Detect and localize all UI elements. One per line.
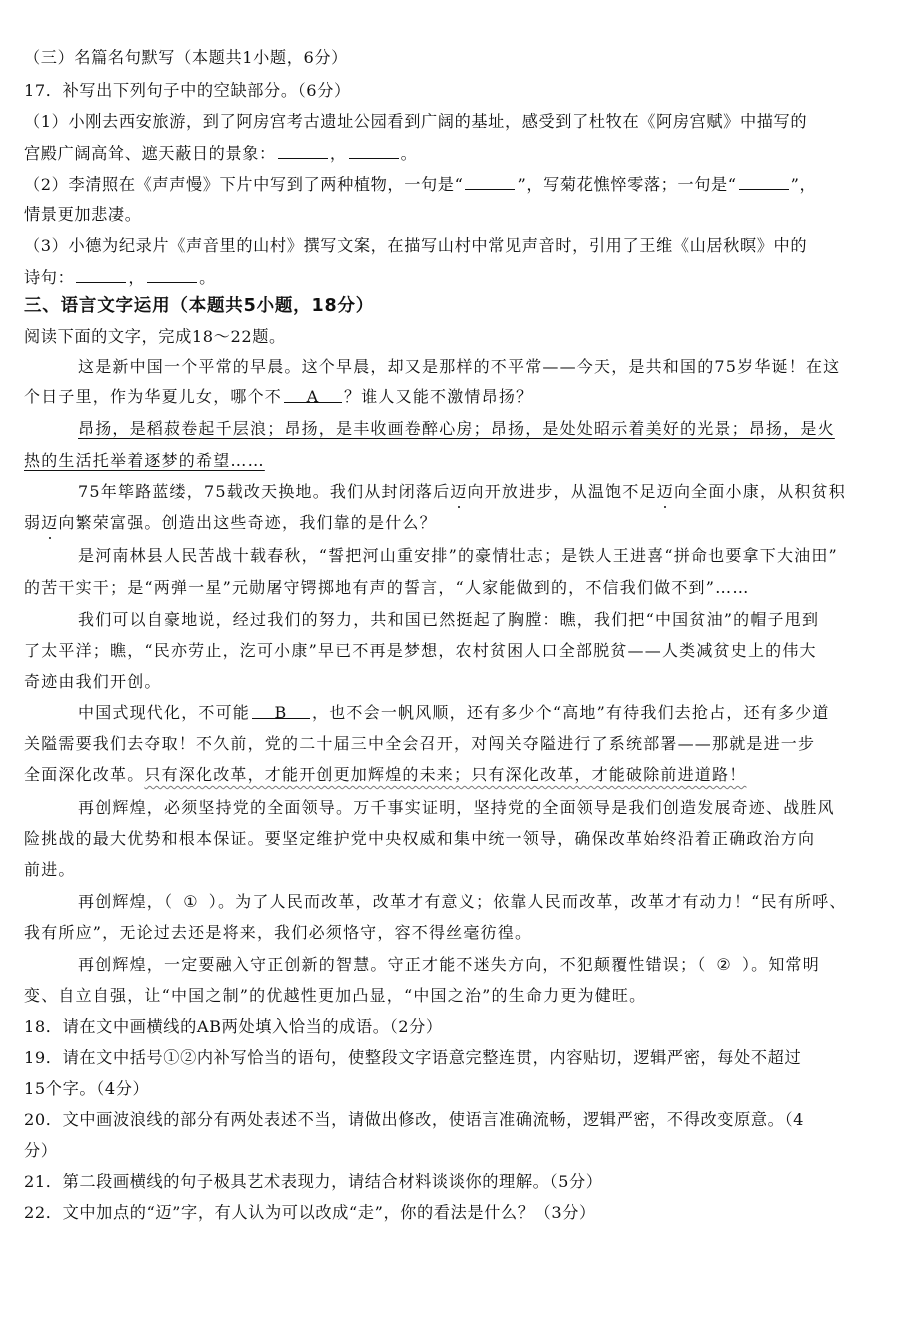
wavy-underlined-sentence: 只有深化改革，才能开创更加辉煌的未来；只有深化改革，才能破除前进道路！ bbox=[144, 765, 746, 784]
blank-circle-2[interactable]: ② bbox=[716, 955, 732, 974]
passage-text: 向开放进步，从温饱不足 bbox=[468, 482, 657, 501]
q17-item2-line1: （2）李清照在《声声慢》下片中写到了两种植物，一句是“”，写菊花憔悴零落；一句是… bbox=[24, 173, 816, 196]
passage-p3-line1: 75年筚路蓝缕，75载改天换地。我们从封闭落后迈向开放进步，从温饱不足迈向全面小… bbox=[78, 481, 846, 503]
passage-p9-line1: 再创辉煌，一定要融入守正创新的智慧。守正才能不迷失方向，不犯颠覆性错误；（②）。… bbox=[78, 954, 820, 976]
passage-text: ）。知常明 bbox=[742, 955, 820, 974]
passage-p4-line1: 是河南林县人民苦战十载春秋，“誓把河山重安排”的豪情壮志；是铁人王进喜“拼命也要… bbox=[78, 545, 838, 567]
answer-blank[interactable] bbox=[278, 142, 328, 159]
q17-item2-text: ”，写菊花憔悴零落；一句是“ bbox=[517, 175, 736, 194]
dotted-char-mai: 迈 bbox=[657, 482, 674, 501]
answer-blank[interactable] bbox=[147, 266, 197, 283]
passage-text: 再创辉煌，一定要融入守正创新的智慧。守正才能不迷失方向，不犯颠覆性错误；（ bbox=[78, 955, 706, 974]
passage-p3-line2: 弱迈向繁荣富强。创造出这些奇迹，我们靠的是什么？ bbox=[24, 512, 437, 534]
question-19-line1: 19．请在文中括号①②内补写恰当的语句，使整段文字语意完整连贯，内容贴切，逻辑严… bbox=[24, 1047, 801, 1069]
q17-item3-line1: （3）小德为纪录片《声音里的山村》撰写文案，在描写山村中常见声音时，引用了王维《… bbox=[24, 235, 807, 257]
passage-p6-line2: 关隘需要我们去夺取！不久前，党的二十届三中全会召开，对闯关夺隘进行了系统部署——… bbox=[24, 733, 815, 755]
q17-item1-line2: 宫殿广阔高耸、遮天蔽日的景象：，。 bbox=[24, 142, 417, 165]
q17-item1-text: 宫殿广阔高耸、遮天蔽日的景象： bbox=[24, 144, 276, 163]
passage-text: 再创辉煌，（ bbox=[78, 892, 173, 911]
passage-text: 向全面小康，从积贫积 bbox=[674, 482, 846, 501]
q17-item3-text: 诗句： bbox=[24, 268, 74, 287]
passage-p9-line2: 变、自立自强，让“中国之制”的优越性更加凸显，“中国之治”的生命力更为健旺。 bbox=[24, 985, 646, 1007]
passage-text: ，也不会一帆风顺，还有多少个“高地”有待我们去抢占，还有多少道 bbox=[312, 703, 830, 722]
answer-blank[interactable] bbox=[465, 173, 515, 190]
passage-text: ？谁人又能不激情昂扬？ bbox=[344, 387, 533, 406]
blank-circle-1[interactable]: ① bbox=[183, 892, 199, 911]
punct: ， bbox=[330, 144, 347, 163]
passage-p8-line2: 我有所应”，无论过去还是将来，我们必须恪守，容不得丝毫彷徨。 bbox=[24, 922, 532, 944]
passage-p7-line2: 险挑战的最大优势和根本保证。要坚定维护党中央权威和集中统一领导，确保改革始终沿着… bbox=[24, 828, 815, 850]
question-22: 22．文中加点的“迈”字，有人认为可以改成“走”，你的看法是什么？（3分） bbox=[24, 1202, 596, 1224]
question-20-line2: 分） bbox=[24, 1140, 58, 1162]
punct: ， bbox=[128, 268, 145, 287]
blank-b[interactable]: B bbox=[252, 702, 310, 719]
passage-p6-line3: 全面深化改革。只有深化改革，才能开创更加辉煌的未来；只有深化改革，才能破除前进道… bbox=[24, 764, 746, 786]
passage-p6-line1: 中国式现代化，不可能B，也不会一帆风顺，还有多少个“高地”有待我们去抢占，还有多… bbox=[78, 702, 830, 724]
underlined-sentence-line1: 昂扬，是稻菽卷起千层浪；昂扬，是丰收画卷醉心房；昂扬，是处处昭示着美好的光景；昂… bbox=[78, 418, 835, 440]
answer-blank[interactable] bbox=[739, 173, 789, 190]
q17-item3-line2: 诗句：，。 bbox=[24, 266, 216, 289]
question-17-title: 17．补写出下列句子中的空缺部分。（6分） bbox=[24, 80, 351, 102]
answer-blank[interactable] bbox=[349, 142, 399, 159]
passage-p4-line2: 的苦干实干；是“两弹一星”元勋屠守锷掷地有声的誓言，“人家能做到的，不信我们做不… bbox=[24, 577, 750, 599]
passage-p1-line2: 个日子里，作为华夏儿女，哪个不A？谁人又能不激情昂扬？ bbox=[24, 386, 533, 408]
passage-text: 弱 bbox=[24, 513, 41, 532]
punct: ”， bbox=[791, 175, 817, 194]
punct: 。 bbox=[199, 268, 216, 287]
section-heading: （三）名篇名句默写（本题共1小题，6分） bbox=[24, 47, 348, 69]
part3-title: 三、语言文字运用（本题共5小题，18分） bbox=[24, 295, 374, 317]
passage-p5-line2: 了太平洋；瞧，“民亦劳止，汔可小康”早已不再是梦想，农村贫困人口全部脱贫——人类… bbox=[24, 640, 817, 662]
part3-instruction: 阅读下面的文字，完成18～22题。 bbox=[24, 326, 286, 348]
question-19-line2: 15个字。（4分） bbox=[24, 1078, 149, 1100]
passage-text: 中国式现代化，不可能 bbox=[78, 703, 250, 722]
passage-text: 向繁荣富强。创造出这些奇迹，我们靠的是什么？ bbox=[58, 513, 436, 532]
q17-item2-text: （2）李清照在《声声慢》下片中写到了两种植物，一句是“ bbox=[24, 175, 463, 194]
passage-p8-line1: 再创辉煌，（①）。为了人民而改革，改革才有意义；依靠人民而改革，改革才有动力！“… bbox=[78, 891, 847, 913]
answer-blank[interactable] bbox=[76, 266, 126, 283]
underlined-sentence-line2: 热的生活托举着逐梦的希望…… bbox=[24, 450, 265, 472]
dotted-char-mai: 迈 bbox=[450, 482, 467, 501]
q17-item1-line1: （1）小刚去西安旅游，到了阿房宫考古遗址公园看到广阔的基址，感受到了杜牧在《阿房… bbox=[24, 111, 807, 133]
question-18: 18．请在文中画横线的AB两处填入恰当的成语。（2分） bbox=[24, 1016, 443, 1038]
question-20-line1: 20．文中画波浪线的部分有两处表述不当，请做出修改，使语言准确流畅，逻辑严密，不… bbox=[24, 1109, 804, 1131]
passage-p7-line3: 前进。 bbox=[24, 859, 76, 881]
question-21: 21．第二段画横线的句子极具艺术表现力，请结合材料谈谈你的理解。（5分） bbox=[24, 1171, 603, 1193]
punct: 。 bbox=[401, 144, 418, 163]
blank-a[interactable]: A bbox=[284, 386, 342, 403]
passage-text: 75年筚路蓝缕，75载改天换地。我们从封闭落后 bbox=[78, 482, 450, 501]
passage-p1-line1: 这是新中国一个平常的早晨。这个早晨，却又是那样的不平常——今天，是共和国的75岁… bbox=[78, 356, 840, 378]
passage-p5-line3: 奇迹由我们开创。 bbox=[24, 671, 162, 693]
passage-p7-line1: 再创辉煌，必须坚持党的全面领导。万千事实证明，坚持党的全面领导是我们创造发展奇迹… bbox=[78, 797, 835, 819]
exam-page: （三）名篇名句默写（本题共1小题，6分） 17．补写出下列句子中的空缺部分。（6… bbox=[0, 0, 900, 1329]
passage-p5-line1: 我们可以自豪地说，经过我们的努力，共和国已然挺起了胸膛：瞧，我们把“中国贫油”的… bbox=[78, 609, 819, 631]
dotted-char-mai: 迈 bbox=[41, 513, 58, 532]
q17-item2-line2: 情景更加悲凄。 bbox=[24, 204, 142, 226]
passage-text: ）。为了人民而改革，改革才有意义；依靠人民而改革，改革才有动力！“民有所呼、 bbox=[209, 892, 847, 911]
passage-text: 个日子里，作为华夏儿女，哪个不 bbox=[24, 387, 282, 406]
passage-text: 全面深化改革。 bbox=[24, 765, 144, 784]
